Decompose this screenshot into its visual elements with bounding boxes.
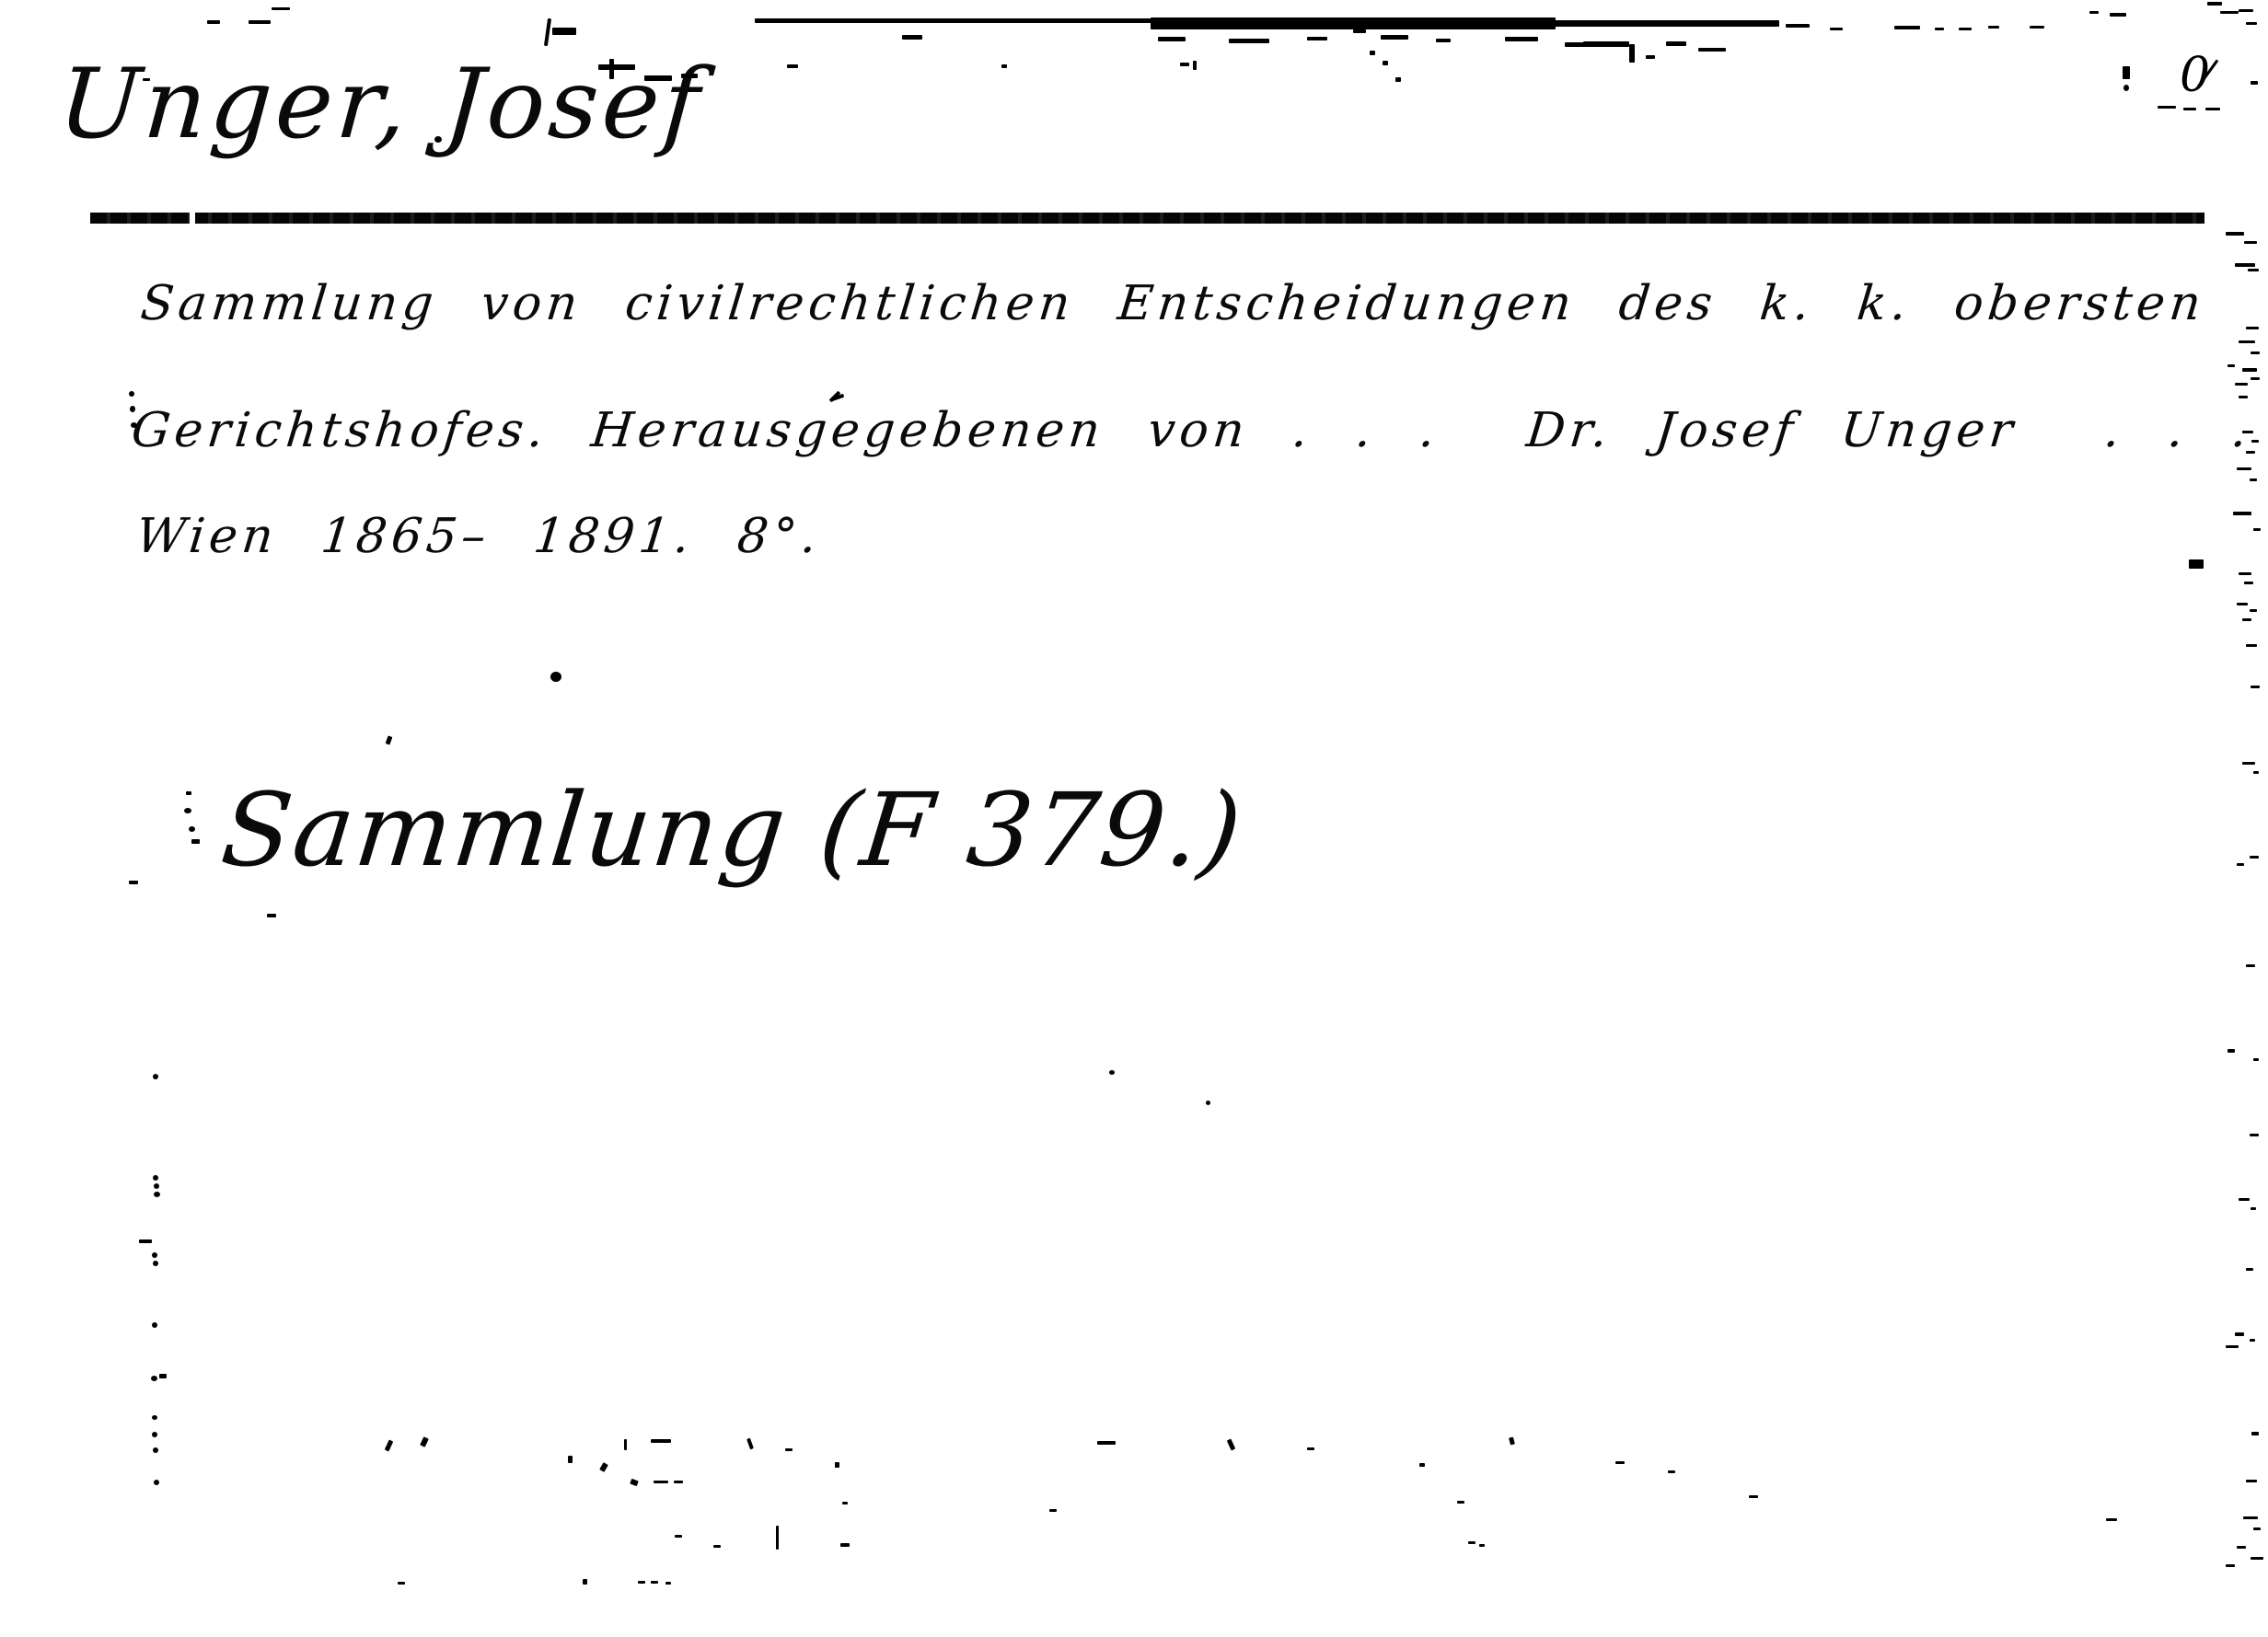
scan-speck	[1509, 1436, 1515, 1445]
scan-speck	[1180, 63, 1189, 66]
scan-speck	[2250, 1134, 2259, 1136]
scan-speck	[1479, 1544, 1485, 1547]
scan-speck	[159, 1374, 167, 1378]
scan-speck	[191, 839, 200, 844]
scan-speck	[2237, 1546, 2246, 1549]
scan-speck	[1668, 1470, 1675, 1473]
scan-speck	[787, 64, 798, 68]
scan-speck	[272, 7, 290, 10]
scan-speck	[154, 1183, 159, 1189]
scan-speck	[1227, 1439, 1236, 1451]
scan-speck	[2239, 396, 2248, 398]
scan-speck	[385, 1440, 394, 1452]
scan-speck	[2242, 618, 2251, 621]
scan-speck	[651, 1439, 671, 1443]
scan-speck	[2251, 1432, 2259, 1435]
scan-speck	[2246, 1268, 2253, 1271]
scan-speck	[2251, 81, 2258, 85]
scan-speck	[2239, 572, 2251, 575]
scan-speck	[1436, 39, 1451, 42]
scan-speck	[609, 59, 614, 79]
scan-speck	[1988, 26, 1999, 29]
scan-speck	[651, 1581, 658, 1584]
scan-speck	[1151, 17, 1556, 29]
scan-speck	[2235, 383, 2248, 386]
scan-speck	[2251, 1207, 2256, 1210]
scan-speck	[638, 1581, 645, 1584]
scan-speck	[665, 1582, 671, 1585]
scan-speck	[599, 1462, 608, 1472]
entry-line-3: Wien 1865– 1891. 8°.	[133, 509, 824, 564]
scan-speck	[1786, 24, 1810, 28]
catalog-card-scan: { "document": { "heading": "Unger, Josef…	[0, 0, 2268, 1637]
scan-speck	[2253, 1058, 2259, 1061]
scan-speck	[2246, 22, 2257, 25]
scan-speck	[2244, 241, 2257, 244]
scan-speck	[153, 1074, 158, 1079]
scan-speck	[842, 1502, 848, 1504]
scan-speck	[2237, 603, 2248, 605]
scan-speck	[785, 1448, 793, 1451]
scan-speck	[2227, 364, 2235, 367]
scan-speck	[1395, 77, 1401, 82]
scan-speck	[1419, 1463, 1425, 1467]
scan-speck	[2089, 11, 2099, 14]
scan-speck	[2226, 1345, 2239, 1348]
scan-speck	[2251, 352, 2260, 354]
scan-speck	[2158, 106, 2176, 109]
scan-speck	[2235, 263, 2255, 267]
scan-speck	[151, 1376, 157, 1381]
scan-speck	[152, 1432, 157, 1437]
scan-speck	[1001, 64, 1007, 68]
scan-speck	[552, 28, 576, 35]
scan-speck	[2220, 11, 2239, 14]
scan-speck	[902, 35, 922, 40]
heading-rule	[90, 213, 2204, 224]
scan-speck	[2242, 368, 2257, 372]
scan-speck	[2227, 1049, 2235, 1053]
scan-speck	[2239, 9, 2253, 12]
scan-speck	[2246, 1480, 2257, 1482]
scan-speck	[583, 1579, 587, 1585]
scan-speck	[1370, 51, 1375, 55]
scan-speck	[153, 1261, 158, 1266]
scan-speck	[713, 1545, 721, 1548]
scan-speck	[2030, 26, 2044, 29]
scan-speck	[152, 1322, 157, 1328]
scan-speck	[1381, 35, 1408, 40]
scan-speck	[153, 1175, 158, 1181]
scan-speck	[681, 74, 698, 78]
scan-speck	[630, 1479, 639, 1486]
scan-speck	[267, 914, 276, 917]
scan-speck	[2183, 108, 2196, 110]
scan-speck	[2239, 340, 2255, 343]
scan-speck	[2250, 856, 2259, 859]
scan-speck	[2251, 686, 2260, 688]
scan-speck	[2246, 964, 2255, 967]
scan-speck	[184, 808, 191, 813]
scan-speck	[2233, 512, 2251, 515]
scan-speck	[1629, 44, 1635, 63]
scan-speck	[2226, 1564, 2235, 1567]
scan-speck	[544, 18, 551, 46]
scan-speck	[130, 406, 135, 412]
scan-speck	[675, 1535, 682, 1538]
scan-speck	[2110, 13, 2126, 17]
scan-speck	[1830, 28, 1843, 30]
scan-speck	[598, 64, 635, 70]
scan-speck	[2253, 771, 2259, 774]
scan-speck	[2250, 609, 2257, 612]
scan-speck	[1583, 41, 1629, 47]
scan-speck	[2123, 66, 2130, 79]
scan-speck	[152, 1252, 157, 1258]
scan-speck	[1193, 61, 1197, 70]
scan-speck	[186, 791, 191, 795]
scan-speck	[1749, 1495, 1758, 1498]
scan-speck	[1959, 28, 1972, 30]
scan-speck	[434, 136, 442, 143]
scan-speck	[1554, 20, 1779, 27]
scan-speck	[2237, 467, 2251, 470]
scan-speck	[386, 735, 393, 744]
scan-speck	[1206, 1101, 1210, 1105]
scan-speck	[154, 1480, 159, 1485]
scan-speck	[1158, 37, 1186, 41]
heading-rule-gap	[190, 213, 195, 224]
shelfmark-line: Sammlung (F 379.)	[216, 771, 1248, 889]
scan-speck	[2251, 377, 2260, 380]
scan-speck	[2242, 762, 2255, 765]
scan-speck	[2250, 1339, 2255, 1342]
scan-speck	[2248, 269, 2259, 271]
scan-speck	[131, 422, 137, 428]
scan-speck	[2189, 559, 2204, 569]
scan-speck	[1698, 48, 1726, 52]
scan-speck	[2123, 85, 2129, 91]
scan-speck	[249, 20, 271, 24]
scan-speck	[2207, 2, 2222, 6]
scan-speck	[1666, 41, 1686, 46]
scan-speck	[420, 1436, 429, 1447]
scan-speck	[2246, 327, 2259, 329]
scan-speck	[152, 1415, 157, 1420]
scan-speck	[1383, 61, 1388, 65]
scan-speck	[2253, 528, 2261, 531]
scan-speck	[2106, 1518, 2117, 1521]
scan-speck	[1935, 28, 1944, 30]
scan-speck	[189, 826, 195, 832]
scan-speck	[154, 1192, 160, 1197]
entry-line-2: Gerichtshofes. Herausgegebenen von . . .…	[129, 403, 2268, 458]
scan-speck	[1353, 29, 1366, 33]
scan-speck	[1307, 37, 1327, 40]
scan-speck	[1097, 1441, 1116, 1445]
scan-speck	[1307, 1447, 1314, 1450]
scan-speck	[2246, 644, 2257, 647]
scan-speck	[654, 1481, 668, 1483]
scan-speck	[840, 1543, 850, 1547]
scan-speck	[2205, 108, 2220, 110]
scan-speck	[1457, 1501, 1464, 1504]
scan-speck	[143, 78, 150, 81]
scan-speck	[550, 672, 561, 682]
scan-speck	[2235, 1332, 2244, 1336]
scan-speck	[1049, 1509, 1057, 1512]
scan-speck	[2243, 1516, 2258, 1519]
scan-speck	[2239, 1198, 2250, 1201]
scan-speck	[2250, 478, 2257, 481]
scan-speck	[746, 1438, 754, 1450]
scan-speck	[2226, 232, 2244, 236]
scan-speck	[2251, 1557, 2263, 1560]
scan-speck	[139, 1239, 152, 1243]
scan-speck	[1229, 39, 1269, 43]
scan-speck	[129, 881, 138, 884]
scan-speck	[2251, 440, 2259, 443]
scan-speck	[153, 1447, 158, 1453]
scan-speck	[776, 1526, 779, 1550]
scan-speck	[2253, 1527, 2261, 1530]
scan-speck	[398, 1582, 405, 1585]
scan-speck	[644, 75, 672, 81]
scan-speck	[674, 1481, 683, 1483]
scan-speck	[129, 391, 134, 397]
scan-speck	[835, 1462, 839, 1468]
scan-speck	[1894, 26, 1920, 29]
scan-speck	[1468, 1541, 1475, 1544]
scan-speck	[1646, 55, 1655, 59]
scan-speck	[2237, 863, 2244, 866]
scan-speck	[1615, 1461, 1625, 1464]
scan-speck	[1109, 1070, 1115, 1075]
scan-speck	[1505, 37, 1538, 41]
scan-speck	[568, 1456, 573, 1463]
scan-speck	[624, 1439, 627, 1450]
scan-speck	[2244, 582, 2253, 584]
scan-speck	[2246, 451, 2255, 454]
scan-speck	[207, 20, 220, 24]
entry-line-1: Sammlung von civilrechtlichen Entscheidu…	[138, 276, 2208, 331]
scan-speck	[2242, 431, 2253, 433]
